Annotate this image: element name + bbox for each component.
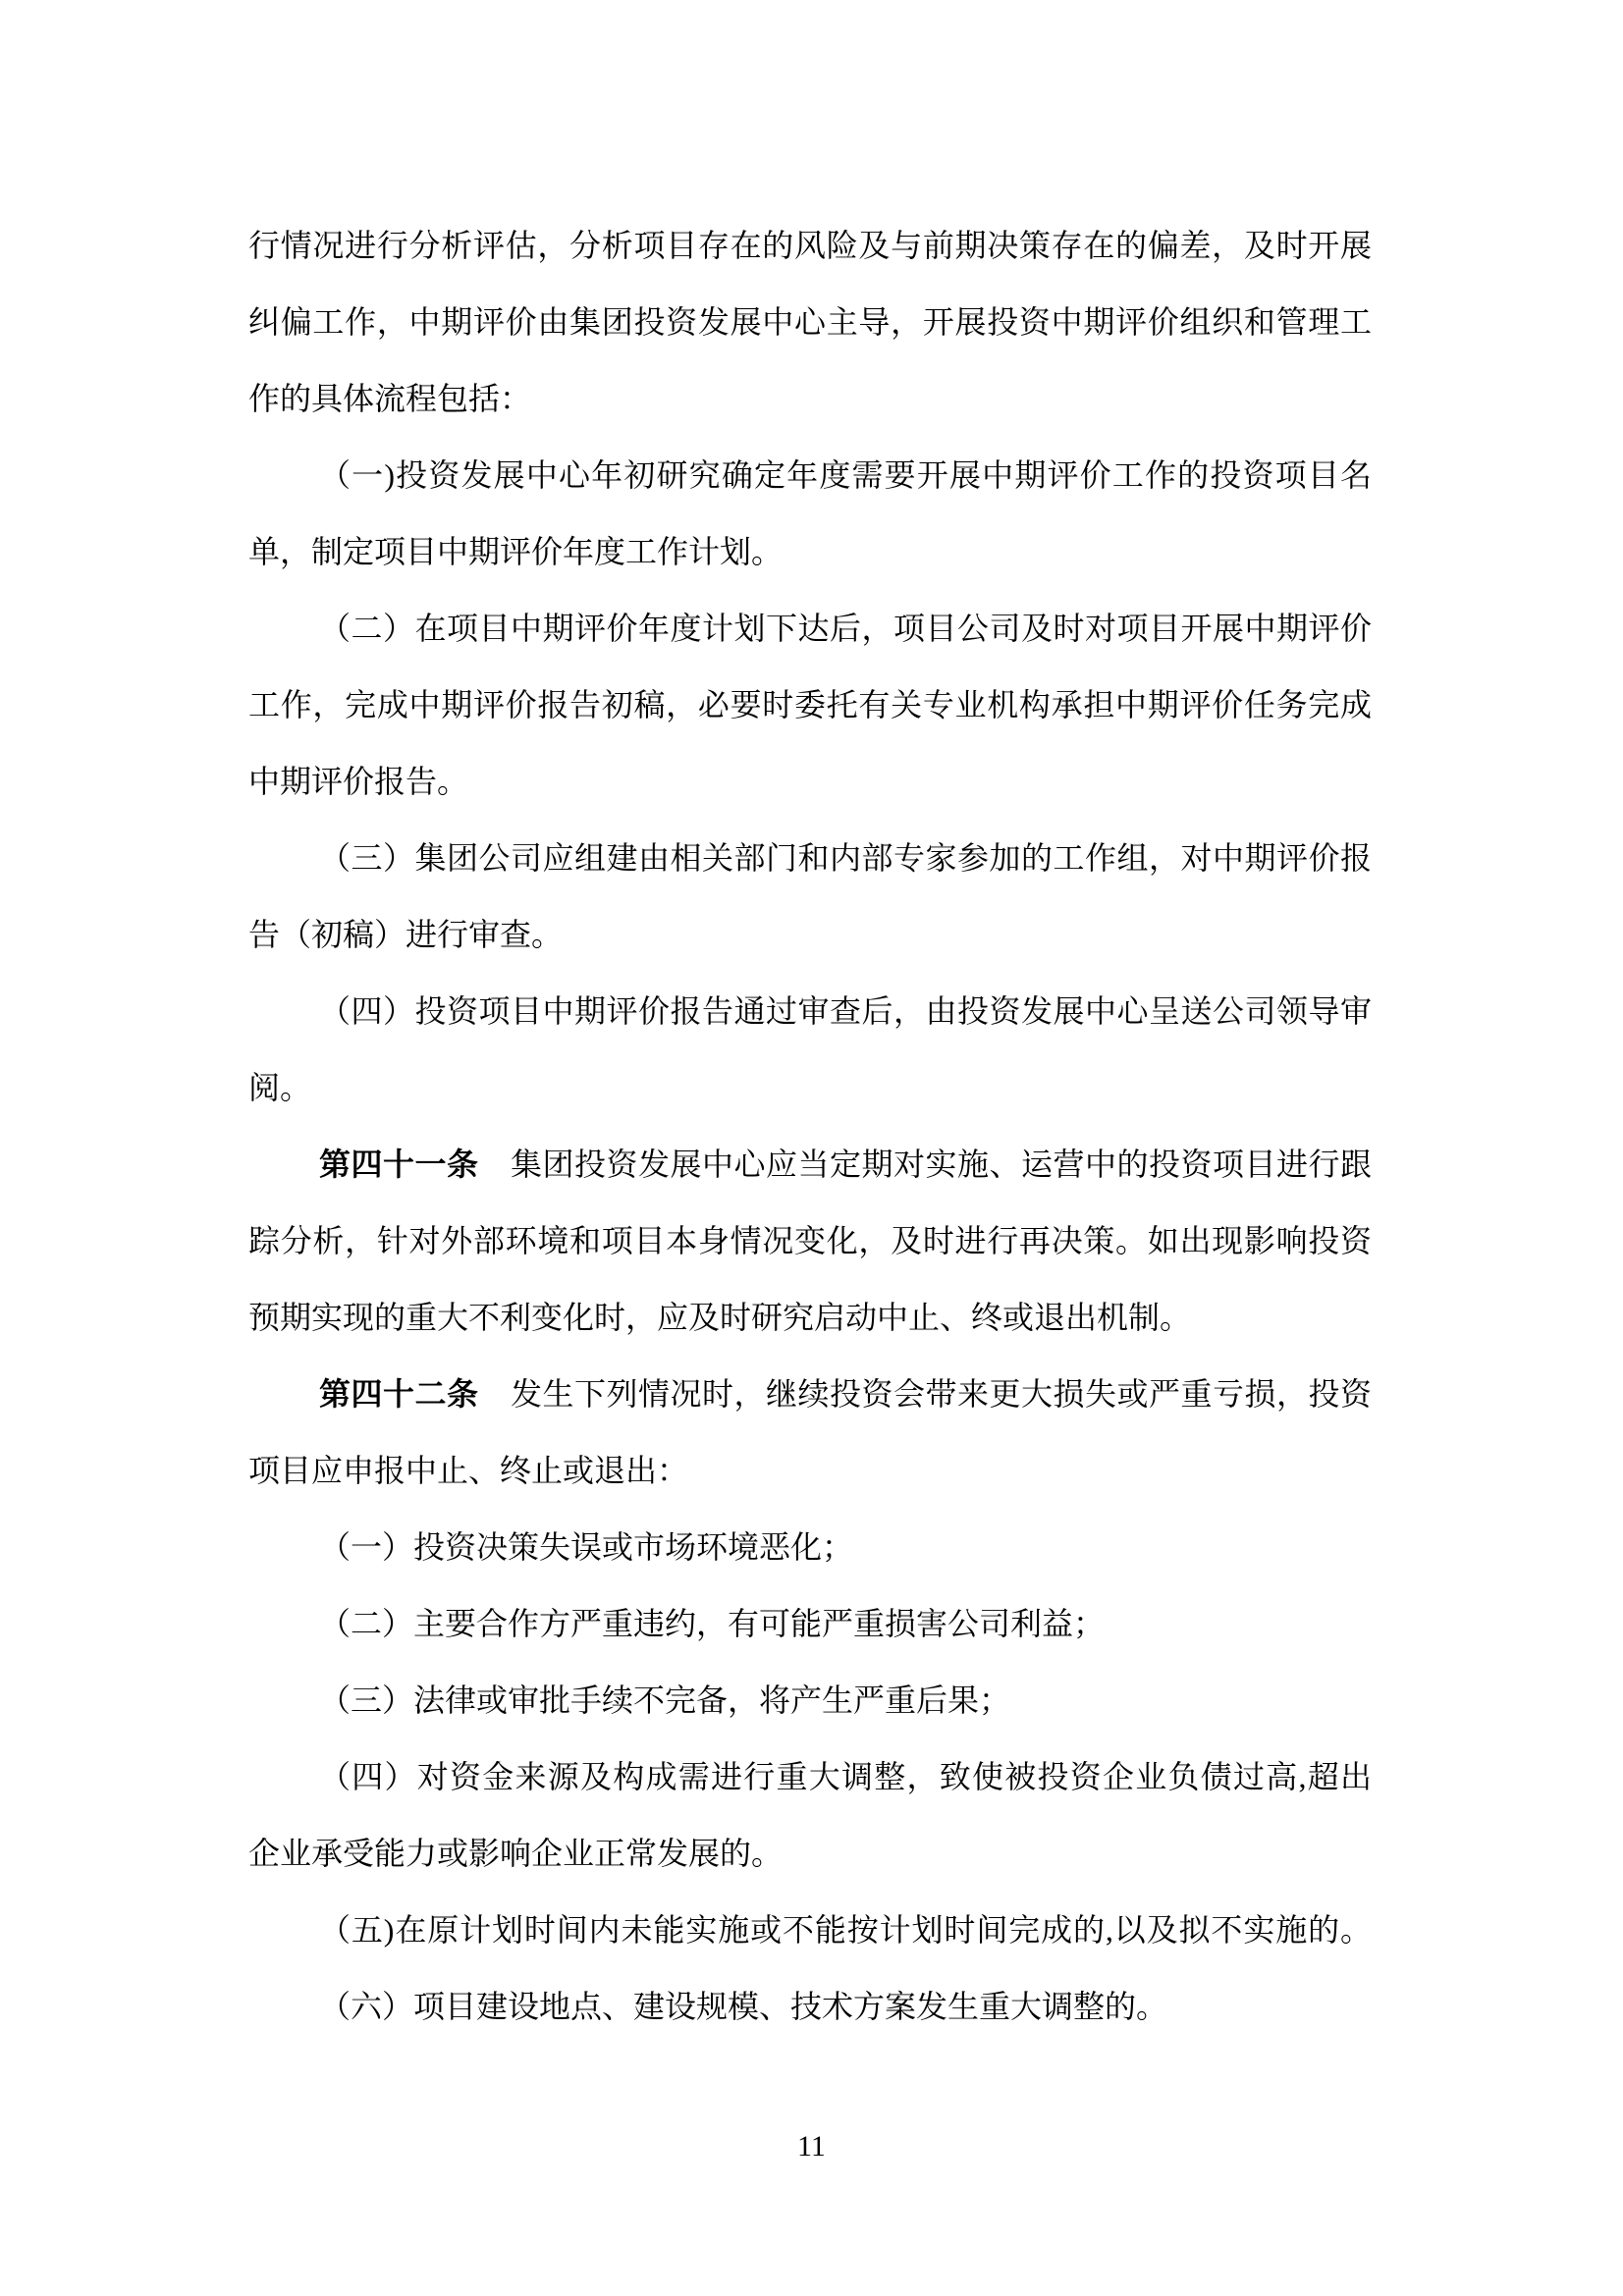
- text-line: （四）对资金来源及构成需进行重大调整，致使被投资企业负债过高,超出: [248, 1738, 1372, 1815]
- text-run: 发生下列情况时，继续投资会带来更大损失或严重亏损，投资: [511, 1376, 1372, 1412]
- paragraph: 第四十二条 发生下列情况时，继续投资会带来更大损失或严重亏损，投资项目应申报中止…: [248, 1356, 1372, 1509]
- text-line: （二）在项目中期评价年度计划下达后，项目公司及时对项目开展中期评价: [248, 590, 1372, 667]
- text-line: （一)投资发展中心年初研究确定年度需要开展中期评价工作的投资项目名: [248, 437, 1372, 513]
- paragraph: （三）法律或审批手续不完备，将产生严重后果；: [248, 1662, 1372, 1738]
- paragraph: （五)在原计划时间内未能实施或不能按计划时间完成的,以及拟不实施的。: [248, 1892, 1372, 1968]
- paragraph: （一）投资决策失误或市场环境恶化；: [248, 1509, 1372, 1585]
- text-line: 第四十二条 发生下列情况时，继续投资会带来更大损失或严重亏损，投资: [248, 1356, 1372, 1432]
- text-line: 告（初稿）进行审查。: [248, 896, 1372, 973]
- text-run: 集团投资发展中心应当定期对实施、运营中的投资项目进行跟: [511, 1147, 1372, 1182]
- article-number: 第四十二条: [319, 1376, 479, 1412]
- text-line: 作的具体流程包括：: [248, 360, 1372, 437]
- body-text: 行情况进行分析评估，分析项目存在的风险及与前期决策存在的偏差，及时开展纠偏工作，…: [248, 207, 1372, 2045]
- text-line: 纠偏工作，中期评价由集团投资发展中心主导，开展投资中期评价组织和管理工: [248, 284, 1372, 360]
- paragraph: （四）投资项目中期评价报告通过审查后，由投资发展中心呈送公司领导审阅。: [248, 973, 1372, 1126]
- text-line: 单，制定项目中期评价年度工作计划。: [248, 513, 1372, 590]
- paragraph: 行情况进行分析评估，分析项目存在的风险及与前期决策存在的偏差，及时开展纠偏工作，…: [248, 207, 1372, 437]
- text-line: （五)在原计划时间内未能实施或不能按计划时间完成的,以及拟不实施的。: [248, 1892, 1372, 1968]
- paragraph: （二）在项目中期评价年度计划下达后，项目公司及时对项目开展中期评价工作，完成中期…: [248, 590, 1372, 820]
- text-line: 阅。: [248, 1049, 1372, 1126]
- text-line: 工作，完成中期评价报告初稿，必要时委托有关专业机构承担中期评价任务完成: [248, 667, 1372, 743]
- text-line: 企业承受能力或影响企业正常发展的。: [248, 1815, 1372, 1892]
- paragraph: （一)投资发展中心年初研究确定年度需要开展中期评价工作的投资项目名单，制定项目中…: [248, 437, 1372, 590]
- paragraph: （六）项目建设地点、建设规模、技术方案发生重大调整的。: [248, 1968, 1372, 2045]
- document-page: 行情况进行分析评估，分析项目存在的风险及与前期决策存在的偏差，及时开展纠偏工作，…: [0, 0, 1623, 2296]
- text-line: 行情况进行分析评估，分析项目存在的风险及与前期决策存在的偏差，及时开展: [248, 207, 1372, 284]
- page-number: 11: [0, 2122, 1623, 2171]
- paragraph: （二）主要合作方严重违约，有可能严重损害公司利益；: [248, 1585, 1372, 1662]
- text-line: （三）法律或审批手续不完备，将产生严重后果；: [248, 1662, 1372, 1738]
- paragraph: （三）集团公司应组建由相关部门和内部专家参加的工作组，对中期评价报告（初稿）进行…: [248, 820, 1372, 973]
- article-number: 第四十一条: [319, 1147, 479, 1182]
- text-line: 中期评价报告。: [248, 743, 1372, 820]
- text-line: 踪分析，针对外部环境和项目本身情况变化，及时进行再决策。如出现影响投资: [248, 1202, 1372, 1279]
- paragraph: 第四十一条 集团投资发展中心应当定期对实施、运营中的投资项目进行跟踪分析，针对外…: [248, 1126, 1372, 1356]
- text-line: 预期实现的重大不利变化时，应及时研究启动中止、终或退出机制。: [248, 1279, 1372, 1356]
- text-line: （一）投资决策失误或市场环境恶化；: [248, 1509, 1372, 1585]
- paragraph: （四）对资金来源及构成需进行重大调整，致使被投资企业负债过高,超出企业承受能力或…: [248, 1738, 1372, 1892]
- text-line: （六）项目建设地点、建设规模、技术方案发生重大调整的。: [248, 1968, 1372, 2045]
- text-line: （四）投资项目中期评价报告通过审查后，由投资发展中心呈送公司领导审: [248, 973, 1372, 1049]
- text-line: 第四十一条 集团投资发展中心应当定期对实施、运营中的投资项目进行跟: [248, 1126, 1372, 1202]
- text-line: （二）主要合作方严重违约，有可能严重损害公司利益；: [248, 1585, 1372, 1662]
- text-line: 项目应申报中止、终止或退出：: [248, 1432, 1372, 1509]
- text-line: （三）集团公司应组建由相关部门和内部专家参加的工作组，对中期评价报: [248, 820, 1372, 896]
